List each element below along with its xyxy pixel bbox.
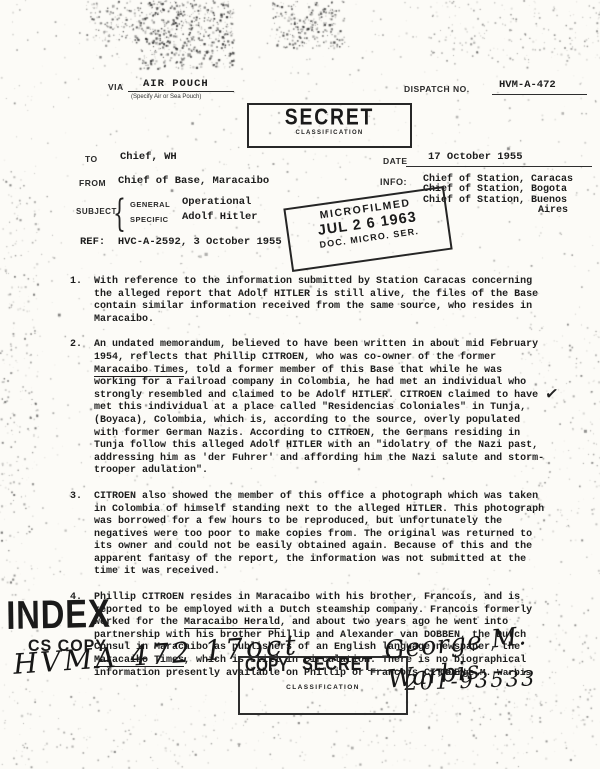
date-value: 17 October 1955 (428, 151, 523, 163)
dispatch-no-value: HVM-A-472 (499, 79, 556, 91)
paragraph-text: CITROEN also showed the member of this o… (94, 491, 546, 579)
copy-stamp: COPY (245, 655, 288, 676)
paragraph: 1.With reference to the information subm… (70, 276, 575, 326)
document-page: VIA AIR POUCH (Specify Air or Sea Pouch)… (0, 0, 600, 769)
secret-stamp: SECRET (255, 105, 403, 132)
paragraph-text: With reference to the information submit… (94, 276, 546, 326)
subject-brace: { (113, 192, 126, 235)
ref-row: REF: HVC-A-2592, 3 October 1955 (80, 236, 282, 248)
copy-classification-box: COPY SECRET CLASSIFICATION (238, 656, 408, 715)
paragraph-number: 1. (70, 276, 94, 326)
secret-stamp-bottom: SECRET (302, 654, 373, 675)
date-label: DATE (383, 156, 408, 166)
ref-label: REF: (80, 236, 105, 248)
subject-specific-value: Adolf Hitler (182, 211, 258, 223)
from-label: FROM (79, 178, 106, 188)
paragraph-number: 2. (70, 339, 94, 478)
paragraph: 2.An undated memorandum, believed to hav… (70, 339, 575, 478)
ref-value: HVC-A-2592, 3 October 1955 (118, 236, 282, 248)
paragraph-text: An undated memorandum, believed to have … (94, 339, 546, 478)
dispatch-no-label: DISPATCH NO. (404, 84, 470, 94)
to-label: TO (85, 154, 98, 164)
dispatch-underline (492, 94, 587, 95)
paragraph-number: 3. (70, 491, 94, 579)
from-value: Chief of Base, Maracaibo (118, 175, 269, 187)
index-stamp: INDEX (6, 594, 111, 636)
via-label: VIA (108, 82, 124, 92)
subject-general-value: Operational (182, 196, 251, 208)
subject-general-label: GENERAL (130, 200, 170, 209)
subject-specific-label: SPECIFIC (130, 215, 169, 224)
via-note: (Specify Air or Sea Pouch) (131, 94, 201, 100)
info-label: INFO: (380, 177, 407, 187)
paragraph: 3.CITROEN also showed the member of this… (70, 491, 575, 579)
via-underline (128, 91, 234, 92)
date-underline (406, 166, 592, 167)
to-value: Chief, WH (120, 151, 177, 163)
via-value: AIR POUCH (143, 78, 209, 90)
margin-checkmark: ✓ (544, 383, 560, 405)
classification-box: SECRET CLASSIFICATION (247, 103, 412, 148)
classification-label-bottom: CLASSIFICATION (240, 684, 406, 691)
subject-label: SUBJECT (76, 207, 117, 216)
